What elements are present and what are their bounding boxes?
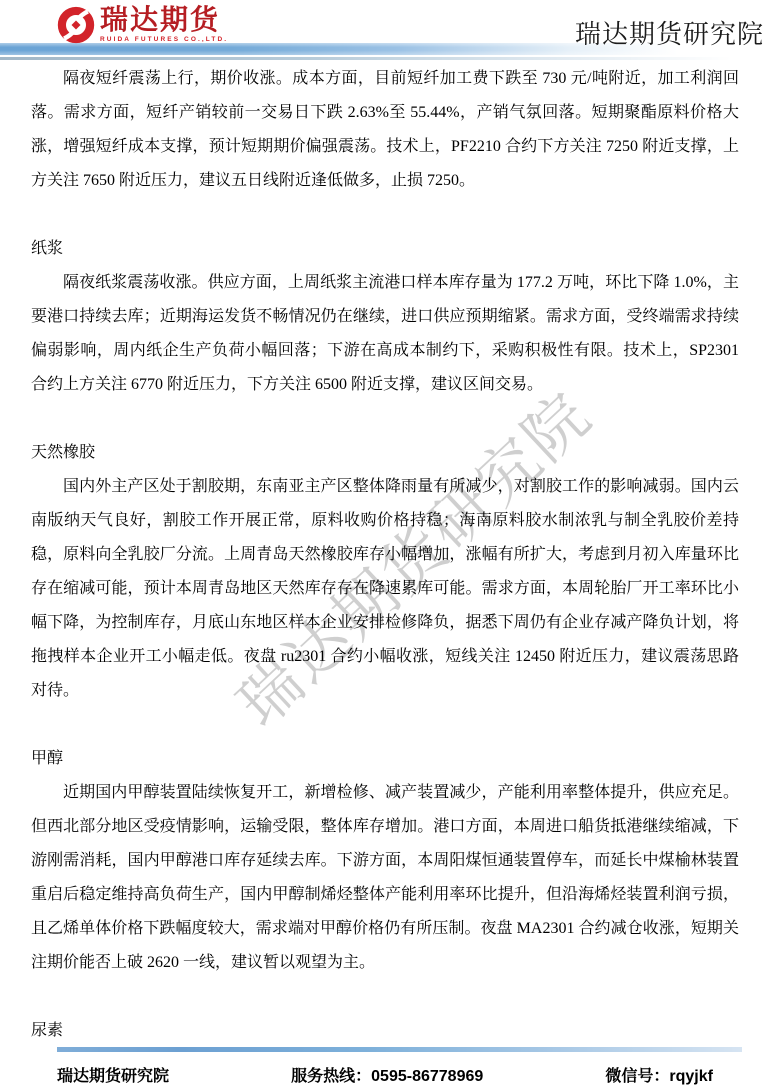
header-divider-line (0, 57, 770, 60)
section-paragraph: 国内外主产区处于割胶期，东南亚主产区整体降雨量有所减少，对割胶工作的影响减弱。国… (31, 470, 739, 708)
report-body: 隔夜短纤震荡上行，期价收涨。成本方面，目前短纤加工费下跌至 730 元/吨附近，… (31, 62, 739, 1048)
section-natural-rubber: 天然橡胶 国内外主产区处于割胶期，东南亚主产区整体降雨量有所减少，对割胶工作的影… (31, 436, 739, 708)
logo-brand-name: 瑞达期货 (100, 5, 228, 35)
footer: 瑞达期货研究院 服务热线：0595-86778969 微信号：rqyjkf (57, 1063, 713, 1086)
report-page: 瑞达期货 RUIDA FUTURES CO.,LTD. 瑞达期货研究院 瑞达期货… (0, 0, 770, 1089)
footer-hotline: 服务热线：0595-86778969 (291, 1063, 483, 1086)
logo-brand-subtitle: RUIDA FUTURES CO.,LTD. (100, 36, 228, 43)
section-short-fiber: 隔夜短纤震荡上行，期价收涨。成本方面，目前短纤加工费下跌至 730 元/吨附近，… (31, 62, 739, 198)
footer-hotline-label: 服务热线： (291, 1068, 371, 1085)
section-paragraph: 隔夜短纤震荡上行，期价收涨。成本方面，目前短纤加工费下跌至 730 元/吨附近，… (31, 62, 739, 198)
section-paragraph: 隔夜纸浆震荡收涨。供应方面，上周纸浆主流港口样本库存量为 177.2 万吨，环比… (31, 266, 739, 402)
footer-org-name: 瑞达期货研究院 (57, 1063, 169, 1086)
section-methanol: 甲醇 近期国内甲醇装置陆续恢复开工，新增检修、减产装置减少，产能利用率整体提升，… (31, 742, 739, 980)
footer-wechat: 微信号：rqyjkf (605, 1063, 713, 1086)
section-heading: 甲醇 (31, 742, 739, 776)
section-heading: 纸浆 (31, 232, 739, 266)
ruida-logo-icon (56, 5, 96, 45)
section-urea: 尿素 (31, 1014, 739, 1048)
footer-hotline-number: 0595-86778969 (371, 1068, 483, 1085)
ruida-logo: 瑞达期货 RUIDA FUTURES CO.,LTD. (56, 5, 228, 45)
section-pulp: 纸浆 隔夜纸浆震荡收涨。供应方面，上周纸浆主流港口样本库存量为 177.2 万吨… (31, 232, 739, 402)
footer-wechat-label: 微信号： (605, 1068, 669, 1085)
footer-wechat-id: rqyjkf (669, 1068, 713, 1085)
logo-text: 瑞达期货 RUIDA FUTURES CO.,LTD. (100, 5, 228, 43)
section-heading: 尿素 (31, 1014, 739, 1048)
section-paragraph: 近期国内甲醇装置陆续恢复开工，新增检修、减产装置减少，产能利用率整体提升，供应充… (31, 776, 739, 980)
section-heading: 天然橡胶 (31, 436, 739, 470)
header-institute-title: 瑞达期货研究院 (575, 14, 764, 51)
footer-divider-bar (57, 1047, 742, 1052)
